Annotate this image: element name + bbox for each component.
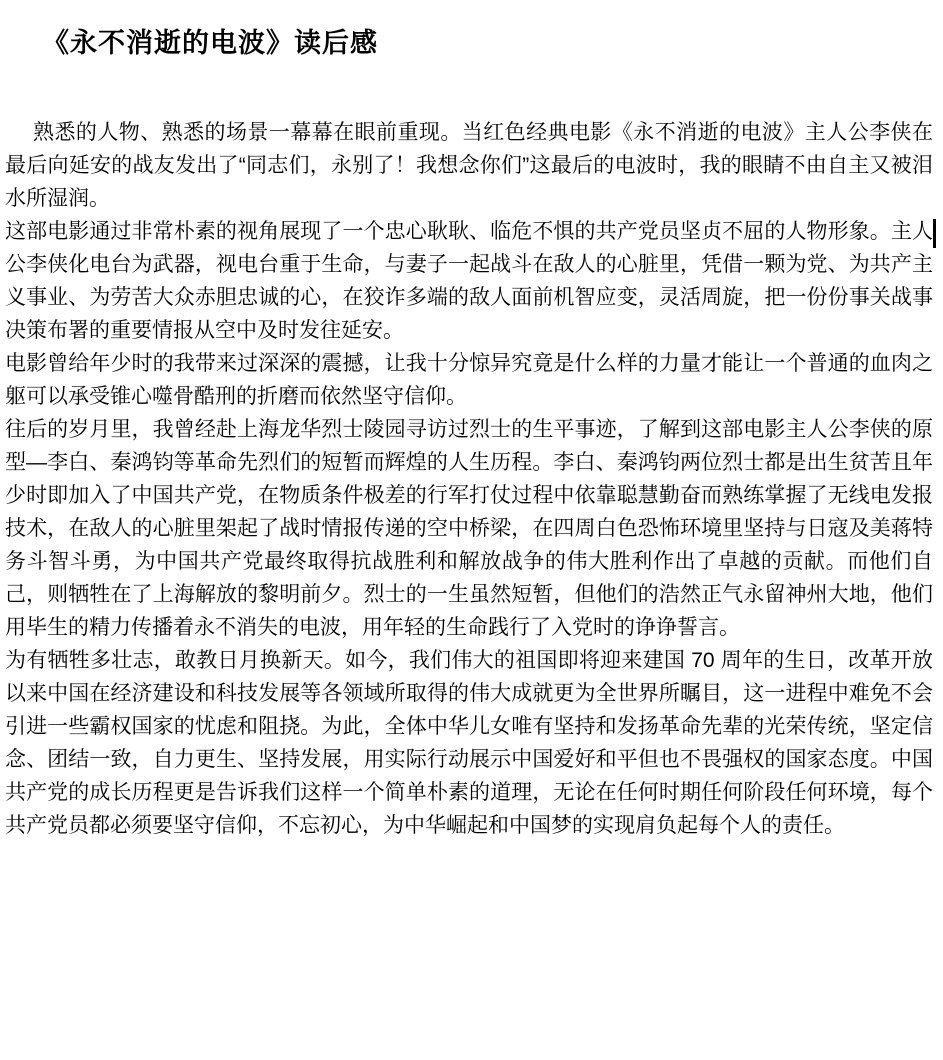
- paragraph[interactable]: 熟悉的人物、熟悉的场景一幕幕在眼前重现。当红色经典电影《永不消逝的电波》主人公李…: [5, 116, 933, 215]
- paragraph[interactable]: 为有牺牲多壮志，敢教日月换新天。如今，我们伟大的祖国即将迎来建国 70 周年的生…: [5, 644, 933, 842]
- document-page: 《永不消逝的电波》读后感 熟悉的人物、熟悉的场景一幕幕在眼前重现。当红色经典电影…: [0, 0, 943, 1060]
- document-title: 《永不消逝的电波》读后感: [42, 26, 943, 60]
- paragraph[interactable]: 电影曾给年少时的我带来过深深的震撼，让我十分惊异究竟是什么样的力量才能让一个普通…: [5, 347, 933, 413]
- text-cursor-caret: [933, 219, 936, 248]
- paragraph[interactable]: 这部电影通过非常朴素的视角展现了一个忠心耿耿、临危不惧的共产党员坚贞不屈的人物形…: [5, 215, 933, 347]
- document-text-area[interactable]: 熟悉的人物、熟悉的场景一幕幕在眼前重现。当红色经典电影《永不消逝的电波》主人公李…: [5, 116, 933, 842]
- paragraph[interactable]: 往后的岁月里，我曾经赴上海龙华烈士陵园寻访过烈士的生平事迹，了解到这部电影主人公…: [5, 413, 933, 644]
